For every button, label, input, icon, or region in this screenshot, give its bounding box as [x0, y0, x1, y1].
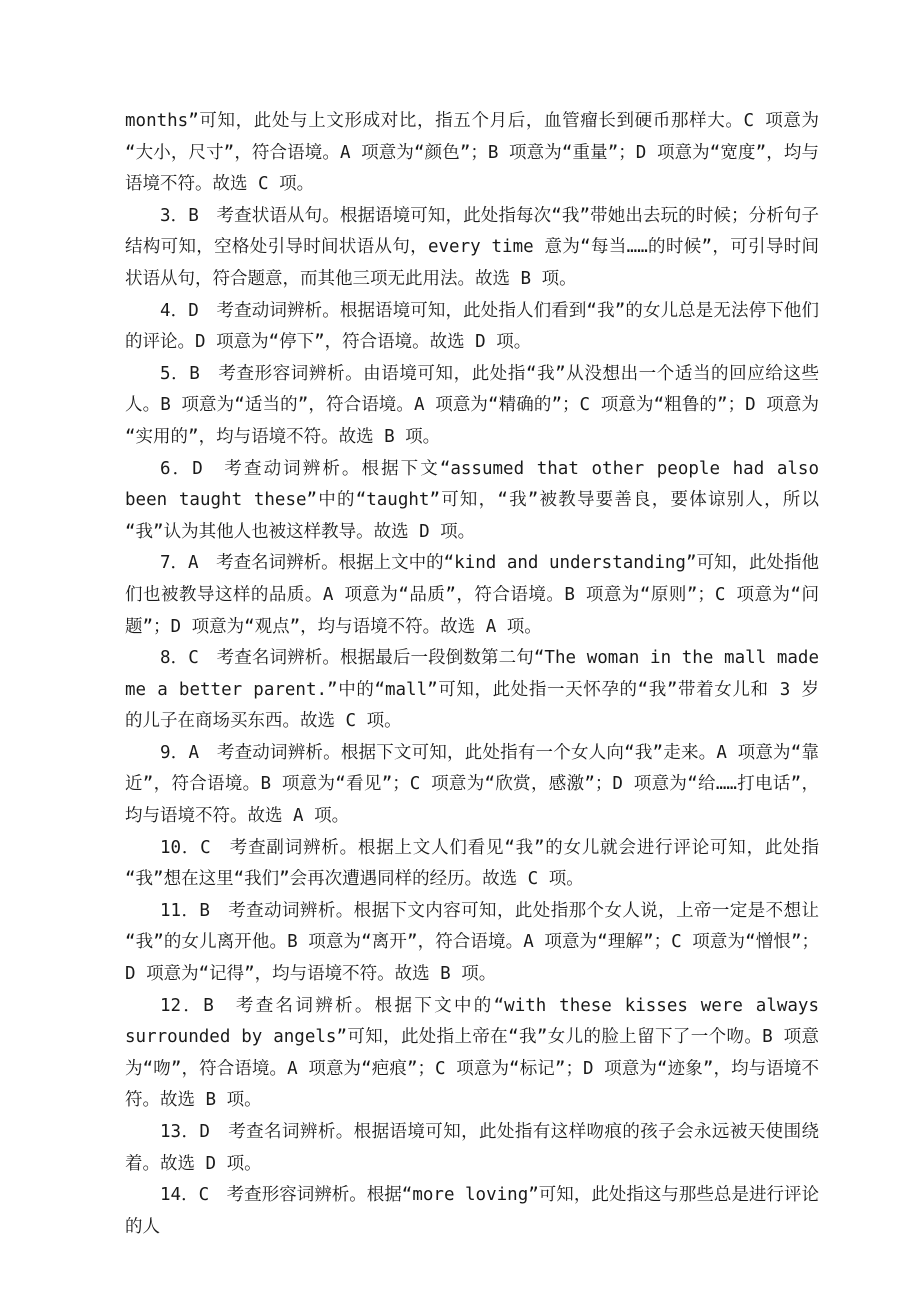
answer-explanations-text: months”可知，此处与上文形成对比，指五个月后，血管瘤长到硬币那样大。C 项…	[125, 106, 819, 1243]
answer-item-7: 7．A 考查名词辨析。根据上文中的“kind and understanding…	[125, 548, 819, 643]
paragraph-continuation-item-2: months”可知，此处与上文形成对比，指五个月后，血管瘤长到硬币那样大。C 项…	[125, 106, 819, 201]
answer-item-14: 14．C 考查形容词辨析。根据“more loving”可知，此处指这与那些总是…	[125, 1180, 819, 1243]
answer-item-11: 11．B 考查动词辨析。根据下文内容可知，此处指那个女人说，上帝一定是不想让“我…	[125, 896, 819, 991]
answer-item-6: 6．D 考查动词辨析。根据下文“assumed that other peopl…	[125, 454, 819, 549]
document-page: months”可知，此处与上文形成对比，指五个月后，血管瘤长到硬币那样大。C 项…	[0, 0, 920, 1302]
answer-item-4: 4．D 考查动词辨析。根据语境可知，此处指人们看到“我”的女儿总是无法停下他们的…	[125, 296, 819, 359]
answer-item-3: 3．B 考查状语从句。根据语境可知，此处指每次“我”带她出去玩的时候；分析句子结…	[125, 201, 819, 296]
answer-item-9: 9．A 考查动词辨析。根据下文可知，此处指有一个女人向“我”走来。A 项意为“靠…	[125, 738, 819, 833]
answer-item-13: 13．D 考查名词辨析。根据语境可知，此处指有这样吻痕的孩子会永远被天使围绕着。…	[125, 1117, 819, 1180]
answer-item-10: 10．C 考查副词辨析。根据上文人们看见“我”的女儿就会进行评论可知，此处指“我…	[125, 833, 819, 896]
answer-item-12: 12．B 考查名词辨析。根据下文中的“with these kisses wer…	[125, 991, 819, 1117]
answer-item-8: 8．C 考查名词辨析。根据最后一段倒数第二句“The woman in the …	[125, 643, 819, 738]
answer-item-5: 5．B 考查形容词辨析。由语境可知，此处指“我”从没想出一个适当的回应给这些人。…	[125, 359, 819, 454]
